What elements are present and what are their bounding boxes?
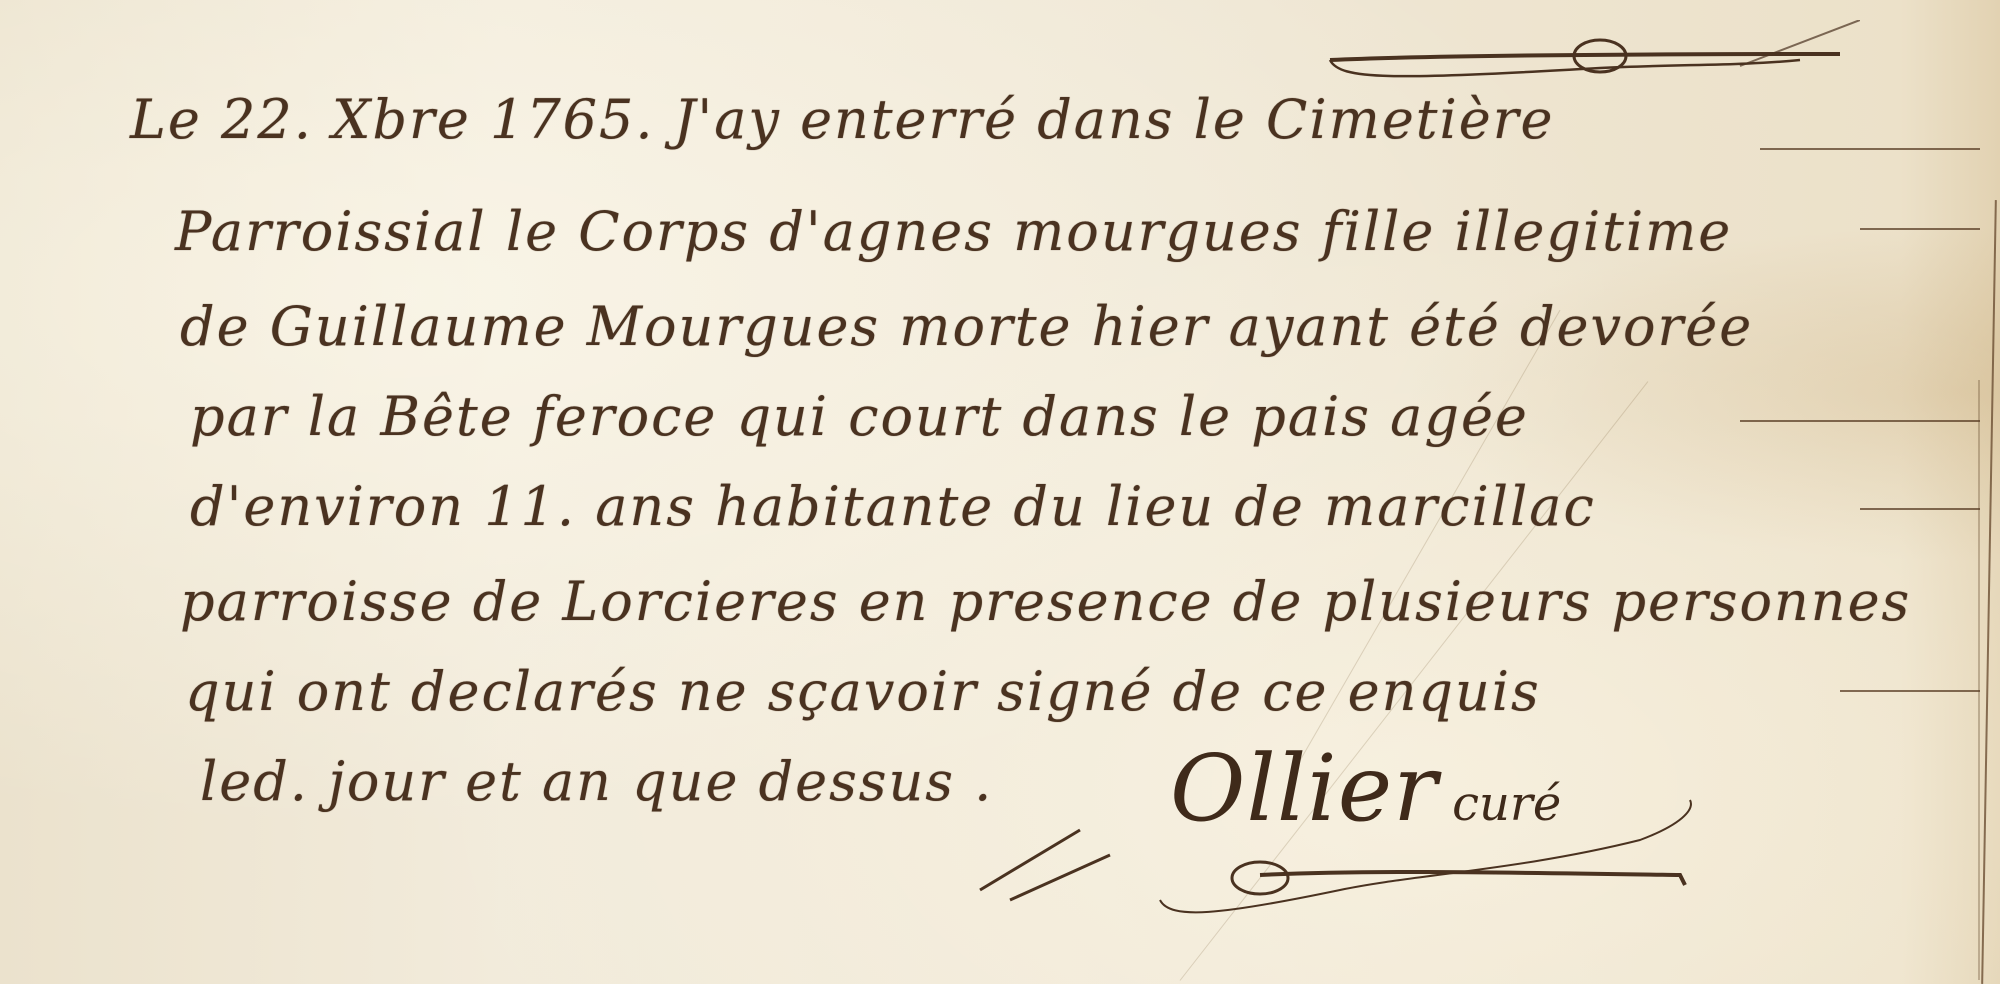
- record-line-2: Parroissial le Corps d'agnes mourgues fi…: [175, 200, 1732, 263]
- record-line-5: d'environ 11. ans habitante du lieu de m…: [190, 475, 1596, 538]
- line-filler-stroke: [1860, 508, 1980, 510]
- page-edge: [1978, 380, 1980, 980]
- signature-paraph-flourish: [960, 780, 1760, 920]
- line-filler-stroke: [1860, 228, 1980, 230]
- line-filler-stroke: [1740, 420, 1980, 422]
- record-line-6: parroisse de Lorcieres en presence de pl…: [180, 570, 1911, 633]
- record-line-7: qui ont declarés ne sçavoir signé de ce …: [185, 660, 1541, 723]
- record-line-4: par la Bête feroce qui court dans le pai…: [190, 385, 1529, 448]
- record-line-8: led. jour et an que dessus .: [200, 750, 993, 813]
- line-filler-stroke: [1760, 148, 1980, 150]
- record-line-3: de Guillaume Mourgues morte hier ayant é…: [180, 295, 1753, 358]
- line-filler-stroke: [1840, 690, 1980, 692]
- record-line-1: Le 22. Xbre 1765. J'ay enterré dans le C…: [130, 88, 1554, 151]
